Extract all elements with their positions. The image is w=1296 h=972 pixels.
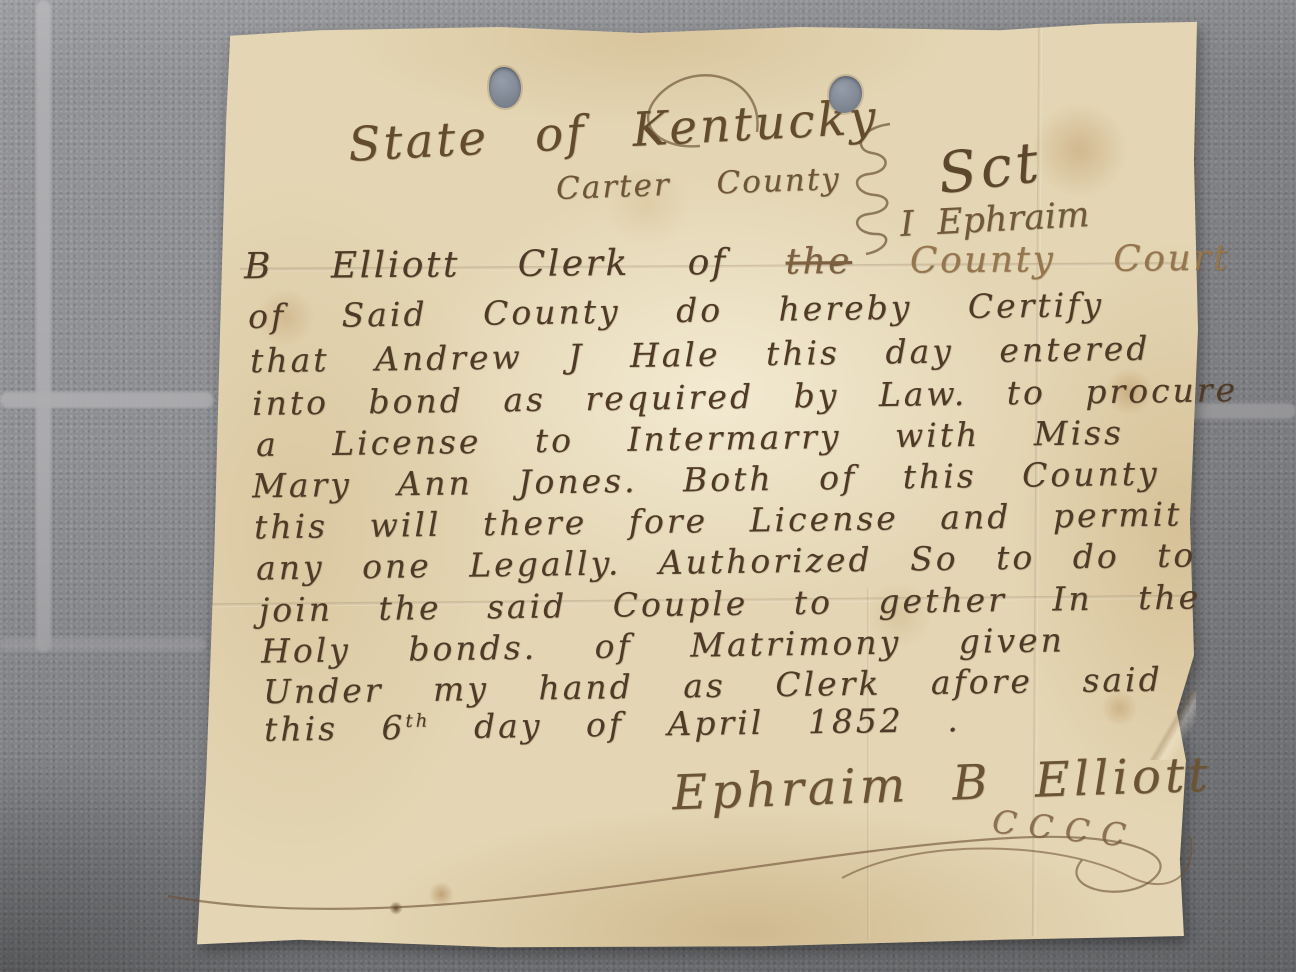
document-paper-wrapper xyxy=(0,0,1296,972)
photo-of-document: State of Kentucky Carter County Sct I Ep… xyxy=(0,0,1296,972)
document-paper xyxy=(195,20,1200,950)
punch-hole-left-icon xyxy=(489,67,521,108)
